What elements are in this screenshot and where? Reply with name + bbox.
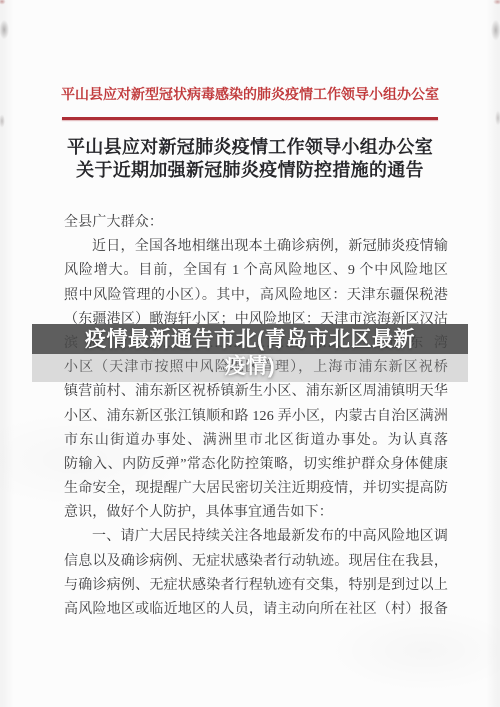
body-line: 高风险地区或临近地区的人员，请主动向所在社区（村）报备相 (64, 598, 448, 622)
body-line: 小区、浦东新区张江镇顺和路 126 弄小区，内蒙古自治区满洲里 (64, 405, 448, 429)
body-line: 防输入、内防反弹”常态化防控策略，切实维护群众身体健康和 (64, 453, 448, 477)
watermark-caption-line2: 疫情) (32, 354, 468, 382)
body-line: 市东山街道办事处、满洲里市北区街道办事处。为认真落实“外 (64, 429, 448, 453)
watermark-caption-overlay: 疫情最新通告市北(青岛市北区最新 疫情) (32, 324, 468, 382)
body-line: 风险增大。目前，全国有 1 个高风险地区、9 个中风险地区（含按 (64, 259, 448, 283)
photo-edge-smudge-top-left (0, 16, 14, 50)
letterhead-divider-rule (62, 117, 438, 120)
photo-corner-smudge-right (488, 0, 500, 9)
body-line: 近日，全国各地相继出现本土确诊病例，新冠肺炎疫情输入 (64, 235, 448, 259)
document-title-line2: 关于近期加强新冠肺炎疫情防控措施的通告 (0, 159, 500, 182)
photo-edge-smudge-mid-right (492, 106, 500, 130)
body-line: 照中风险管理的小区）。其中，高风险地区：天津东疆保税港区 (64, 284, 448, 308)
body-line-salutation: 全县广大群众： (64, 211, 448, 235)
letterhead-office-name: 平山县应对新型冠状病毒感染的肺炎疫情工作领导小组办公室 (0, 84, 500, 104)
body-line: 意识，做好个人防护，具体事宜通告如下： (64, 501, 448, 525)
photo-edge-smudge-mid-left (0, 110, 8, 132)
photo-edge-smudge-top-right (486, 14, 500, 50)
body-line: 镇营前村、浦东新区祝桥镇新生小区、浦东新区周浦镇明天华城 (64, 380, 448, 404)
body-line: 生命安全，现提醒广大居民密切关注近期疫情，并切实提高防范 (64, 477, 448, 501)
document-title-line1: 平山县应对新冠肺炎疫情工作领导小组办公室 (0, 136, 500, 159)
document-photo: 平山县应对新型冠状病毒感染的肺炎疫情工作领导小组办公室 平山县应对新冠肺炎疫情工… (0, 0, 500, 707)
document-body: 全县广大群众： 近日，全国各地相继出现本土确诊病例，新冠肺炎疫情输入 风险增大。… (64, 211, 448, 622)
watermark-caption-line1: 疫情最新通告市北(青岛市北区最新 (32, 324, 468, 354)
body-line: 与确诊病例、无症状感染者行程轨迹有交集，特别是到过以上中 (64, 574, 448, 598)
body-line-item-one: 一、请广大居民持续关注各地最新发布的中高风险地区调整 (64, 525, 448, 549)
body-line: 信息以及确诊病例、无症状感染者行动轨迹。现居住在我县，且 (64, 550, 448, 574)
photo-corner-smudge-left (0, 0, 10, 8)
document-title: 平山县应对新冠肺炎疫情工作领导小组办公室 关于近期加强新冠肺炎疫情防控措施的通告 (0, 136, 500, 182)
